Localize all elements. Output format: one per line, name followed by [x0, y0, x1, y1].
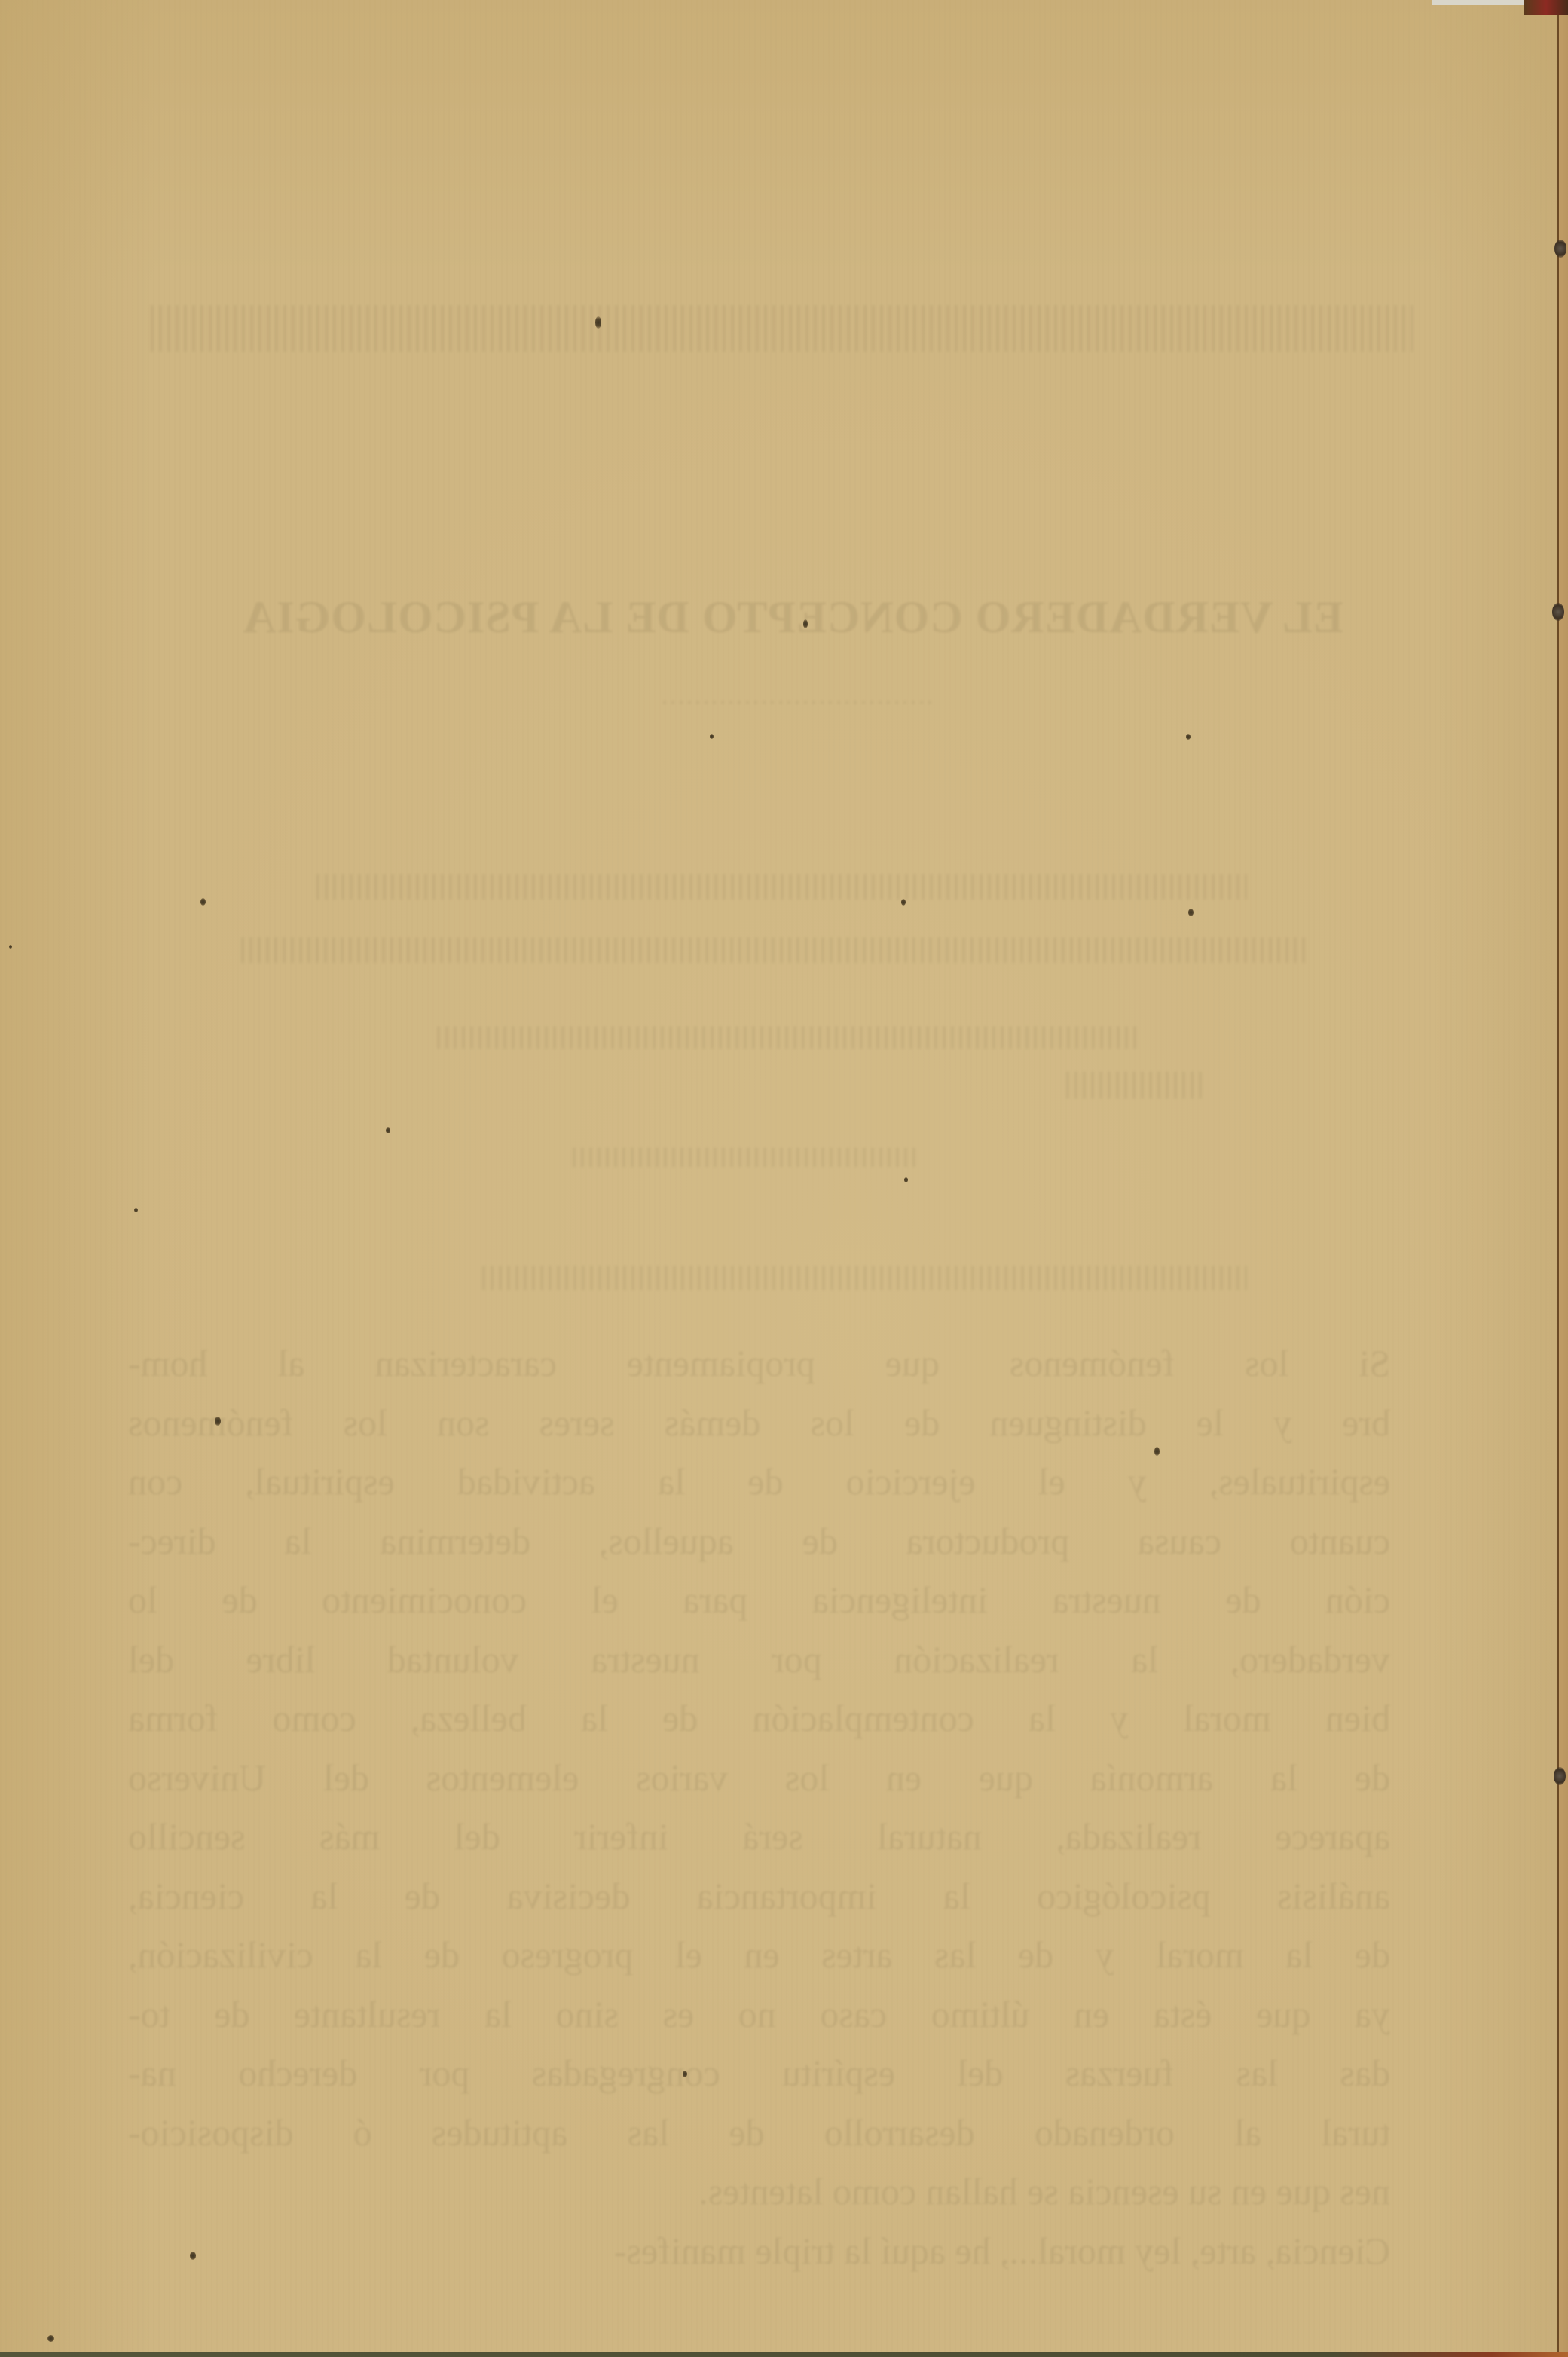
show-through-line: espirituales, y el ejercicio de la activ…	[128, 1452, 1390, 1512]
show-through-body: Si los fenómenos que propiamente caracte…	[128, 1334, 1390, 2280]
show-through-line: Si los fenómenos que propiamente caracte…	[128, 1334, 1390, 1393]
show-through-line: nes que en su esencia se hallan como lat…	[128, 2162, 1390, 2221]
paper-speck	[710, 734, 714, 739]
show-through-line: de la armonía que en los varios elemento…	[128, 1748, 1390, 1808]
show-through-line: ya que ésta en último caso no es sino la…	[128, 1985, 1390, 2044]
show-through-rule	[663, 701, 934, 704]
paper-speck	[1188, 909, 1194, 916]
show-through-line-illegible	[1066, 1072, 1202, 1099]
show-through-line: análisis psicológico la importancia deci…	[128, 1866, 1390, 1926]
edge-blemish	[1554, 240, 1566, 258]
paper-speck	[901, 899, 906, 906]
paper-speck	[134, 1208, 138, 1212]
show-through-line: bre y le distinguen de los demás seres s…	[128, 1393, 1390, 1453]
paper-speck	[47, 2335, 54, 2342]
bottom-cover-edge	[0, 2352, 1568, 2357]
show-through-line-illegible	[316, 874, 1247, 900]
paper-speck	[595, 316, 601, 329]
show-through-line: Ciencia, arte, ley moral..., he aquí la …	[128, 2221, 1390, 2281]
paper-speck	[904, 1177, 908, 1182]
show-through-line: bien moral y la contemplación de la bell…	[128, 1689, 1390, 1748]
show-through-line: cuanto causa productora de aquellos, det…	[128, 1512, 1390, 1571]
show-through-line: tural al ordenado desarrollo de las apti…	[128, 2103, 1390, 2163]
top-page-edge	[1432, 0, 1524, 5]
show-through-line-illegible	[573, 1148, 915, 1167]
paper-speck	[386, 1127, 390, 1133]
book-cover-corner	[1524, 0, 1568, 15]
page-block-edge	[1557, 0, 1568, 2357]
paper-speck	[1154, 1447, 1160, 1456]
book-page: EL VERDADERO CONCEPTO DE LA PSICOLOGIA S…	[0, 0, 1557, 2352]
show-through-section-heading-illegible	[482, 1266, 1247, 1290]
show-through-line: de la moral y de las artes en el progres…	[128, 1925, 1390, 1985]
edge-blemish	[1552, 603, 1564, 621]
show-through-line-illegible	[241, 937, 1307, 963]
paper-speck	[9, 945, 12, 949]
show-through-line: ción de nuestra inteligencia para el con…	[128, 1570, 1390, 1630]
paper-speck	[1186, 734, 1191, 740]
show-through-line: das las fuerzas del espíritu congregadas…	[128, 2044, 1390, 2103]
paper-speck	[200, 898, 206, 906]
paper-speck	[803, 619, 808, 628]
paper-speck	[215, 1417, 221, 1426]
show-through-title: EL VERDADERO CONCEPTO DE LA PSICOLOGIA	[211, 592, 1375, 644]
paper-speck	[190, 2252, 196, 2260]
show-through-heading-illegible	[151, 305, 1413, 352]
show-through-line: verdadero, la realización por nuestra vo…	[128, 1630, 1390, 1689]
edge-blemish	[1554, 1767, 1566, 1785]
paper-speck	[683, 2071, 687, 2077]
show-through-line-illegible	[437, 1026, 1142, 1049]
show-through-line: aparece realizada, natural será inferir …	[128, 1807, 1390, 1866]
